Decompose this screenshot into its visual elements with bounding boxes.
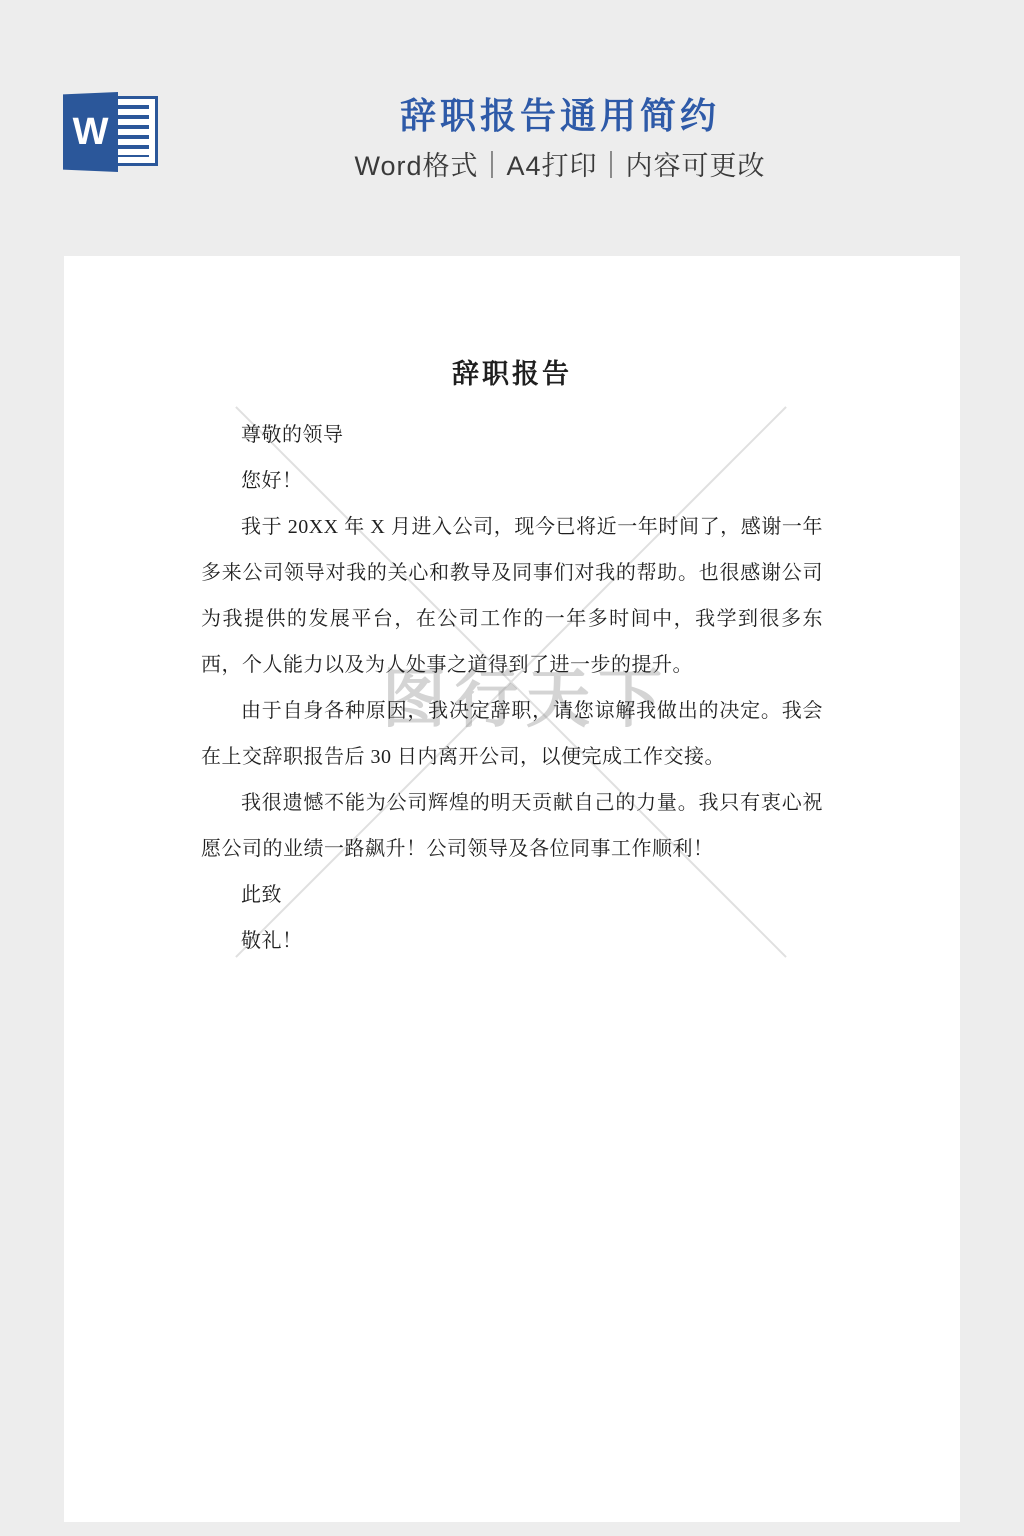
letter-title: 辞职报告 xyxy=(201,356,823,392)
letter-closing: 此致 xyxy=(201,872,823,918)
letter-paragraph-3: 我很遗憾不能为公司辉煌的明天贡献自己的力量。我只有衷心祝愿公司的业绩一路飙升！公… xyxy=(201,780,823,872)
header-text-block: 辞职报告通用简约 Word格式｜A4打印｜内容可更改 xyxy=(96,94,1024,182)
template-header: W 辞职报告通用简约 Word格式｜A4打印｜内容可更改 xyxy=(0,0,1024,256)
letter-salutation: 尊敬的领导 xyxy=(201,412,823,458)
template-title: 辞职报告通用简约 xyxy=(96,94,1024,138)
letter-content: 辞职报告 尊敬的领导 您好！ 我于 20XX 年 X 月进入公司，现今已将近一年… xyxy=(201,356,823,964)
document-page: 图行天下 辞职报告 尊敬的领导 您好！ 我于 20XX 年 X 月进入公司，现今… xyxy=(64,256,960,1522)
template-subtitle: Word格式｜A4打印｜内容可更改 xyxy=(96,150,1024,182)
letter-salute: 敬礼！ xyxy=(201,918,823,964)
letter-greeting: 您好！ xyxy=(201,458,823,504)
letter-paragraph-2: 由于自身各种原因，我决定辞职，请您谅解我做出的决定。我会在上交辞职报告后 30 … xyxy=(201,688,823,780)
letter-paragraph-1: 我于 20XX 年 X 月进入公司，现今已将近一年时间了，感谢一年多来公司领导对… xyxy=(201,504,823,688)
